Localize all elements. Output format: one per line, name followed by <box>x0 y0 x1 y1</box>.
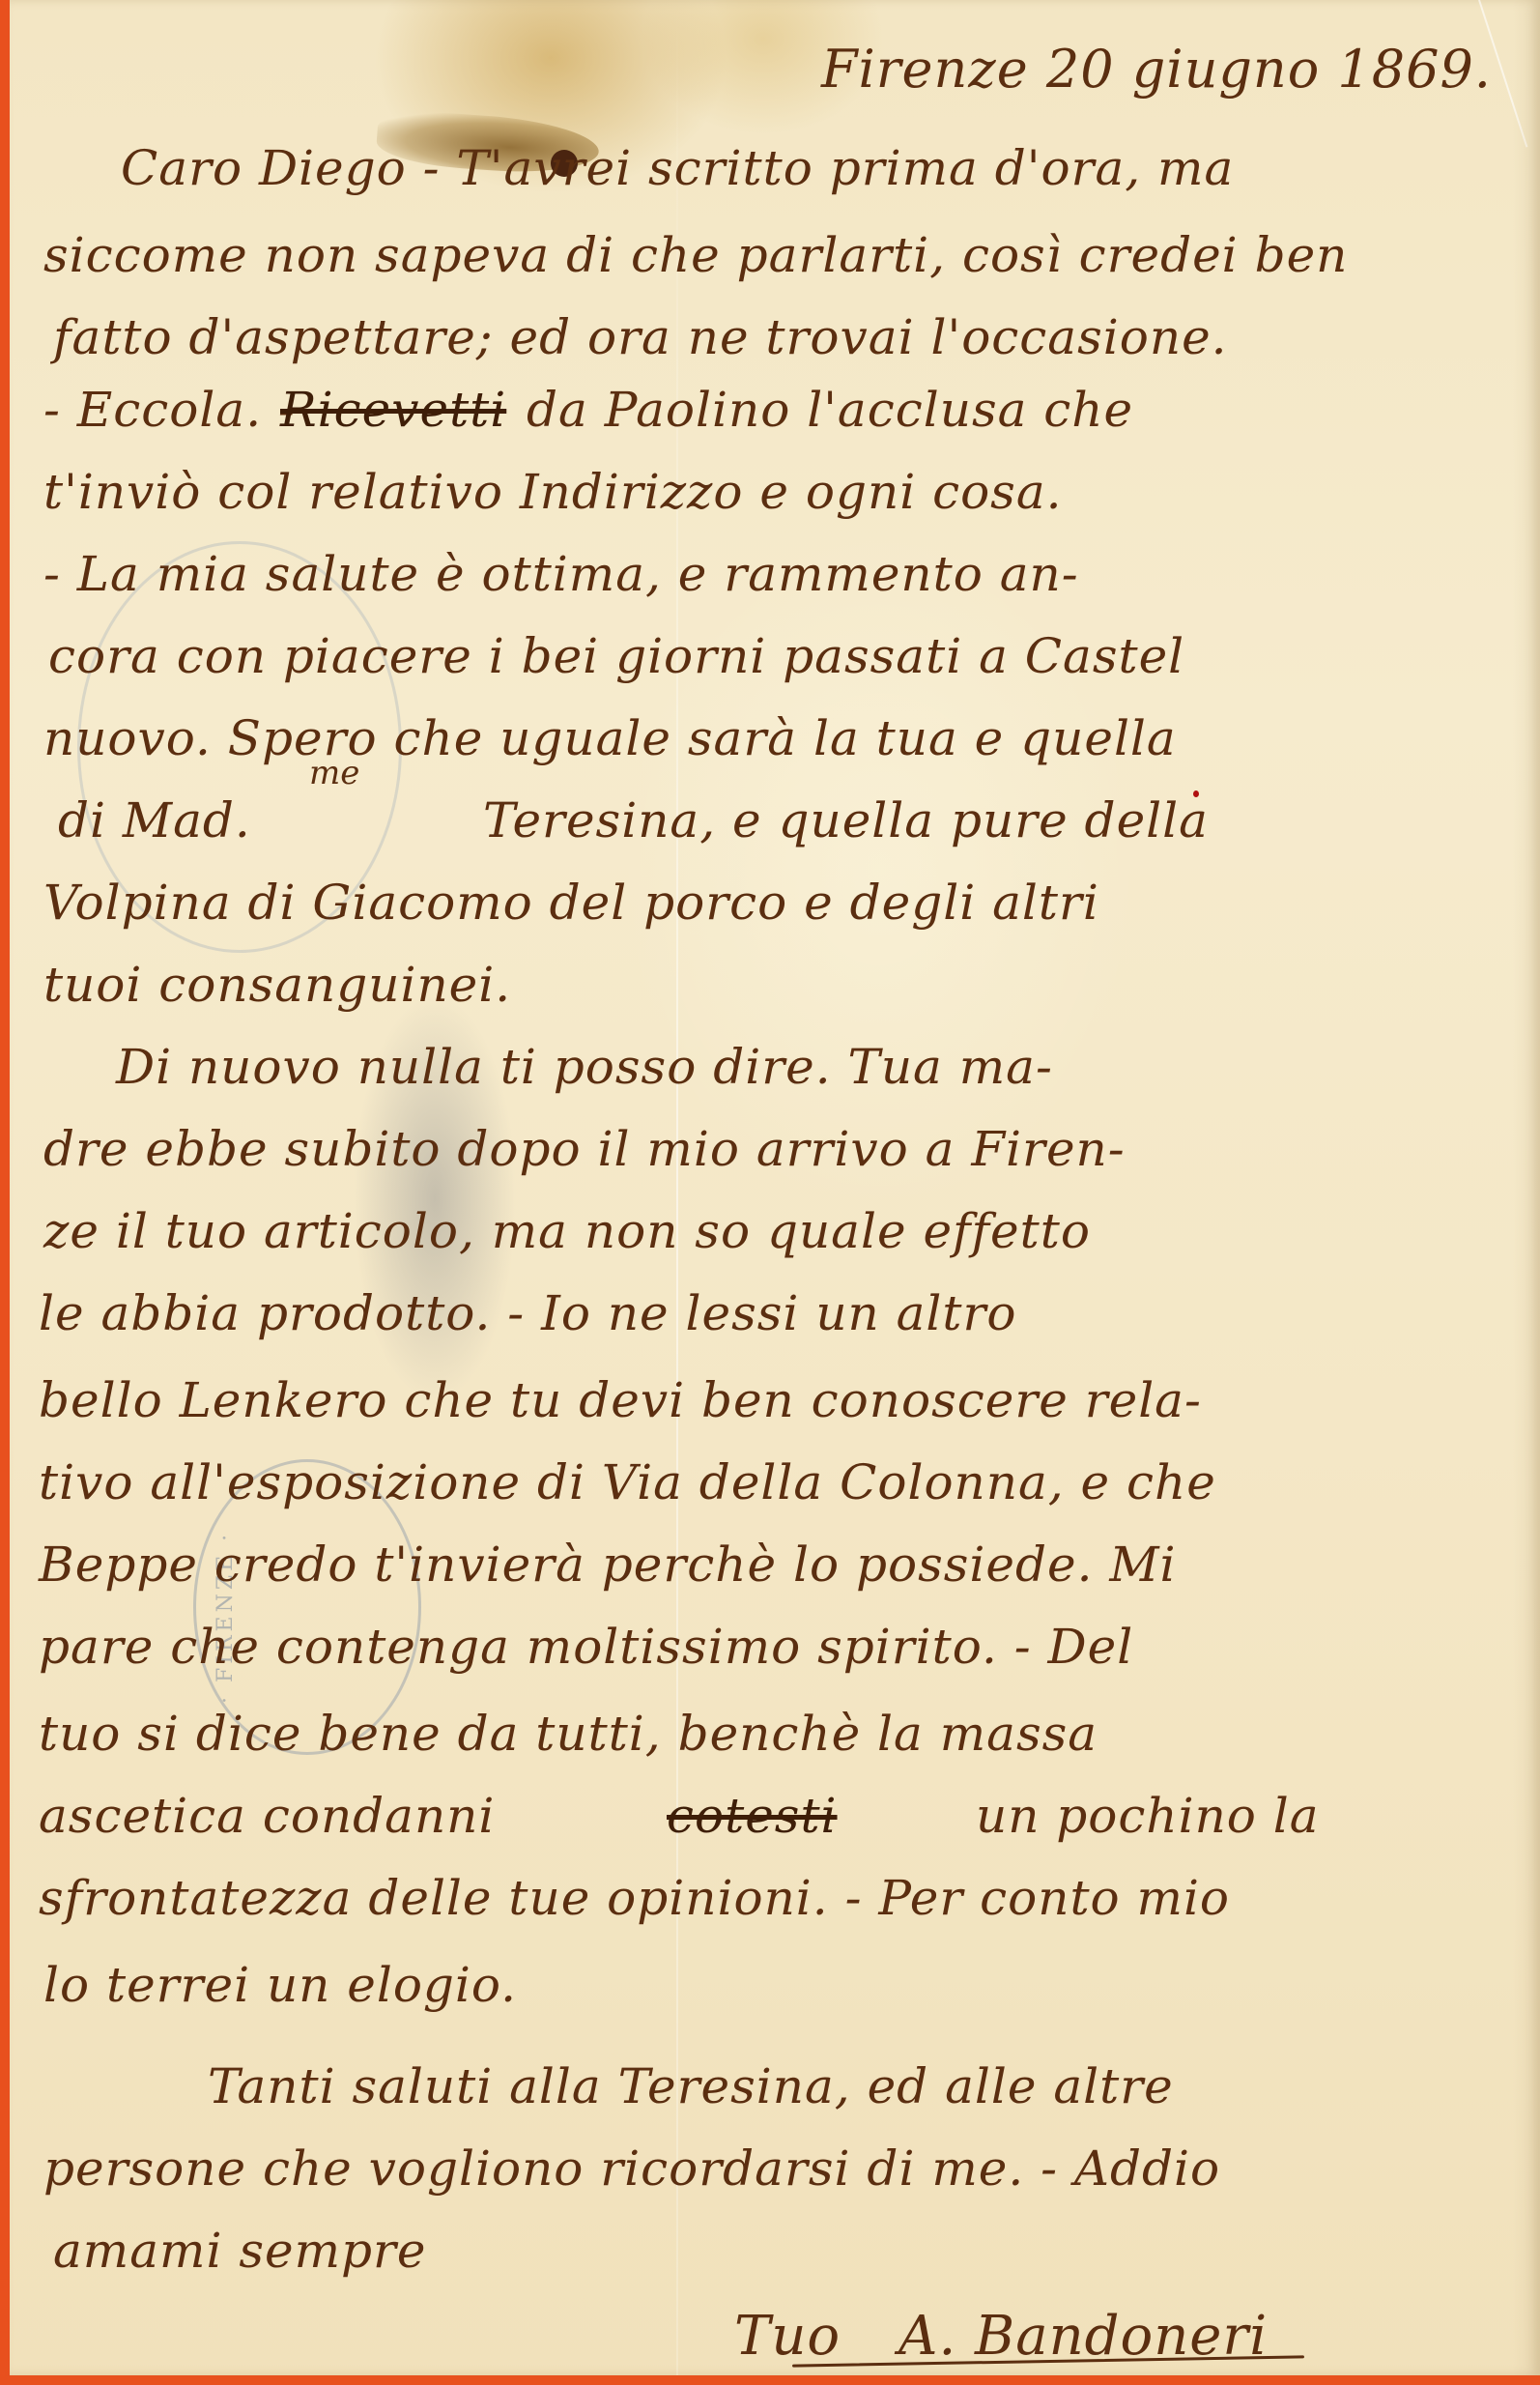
body-line: tuoi consanguinei. <box>43 957 511 1013</box>
struck-word: Ricevetti <box>280 382 506 438</box>
body-line: lo terrei un elogio. <box>43 1957 517 2013</box>
body-line: dre ebbe subito dopo il mio arrivo a Fir… <box>43 1121 1126 1177</box>
body-line: pare che contenga moltissimo spirito. - … <box>39 1619 1133 1675</box>
body-line: le abbia prodotto. - Io ne lessi un altr… <box>39 1285 1017 1341</box>
body-line: Caro Diego - T'avrei scritto prima d'ora… <box>121 140 1234 196</box>
place-date: Firenze 20 giugno 1869. <box>821 39 1492 100</box>
body-line: Teresina, e quella pure della <box>483 792 1209 848</box>
body-line: bello Lenkero che tu devi ben conoscere … <box>39 1372 1202 1428</box>
body-line: un pochino la <box>976 1788 1320 1844</box>
body-line: - La mia salute è ottima, e rammento an- <box>43 546 1079 602</box>
body-line: tuo si dice bene da tutti, benchè la mas… <box>39 1706 1098 1762</box>
body-line: nuovo. Spero che uguale sarà la tua e qu… <box>43 710 1177 766</box>
body-line: di Mad. <box>58 792 251 848</box>
body-line: da Paolino l'acclusa che <box>527 382 1133 438</box>
closing-line: amami sempre <box>53 2223 427 2279</box>
superscript: me <box>309 754 359 792</box>
body-line: Volpina di Giacomo del porco e degli alt… <box>43 875 1099 931</box>
struck-word: cotesti <box>667 1788 838 1844</box>
closing-line: persone che vogliono ricordarsi di me. -… <box>43 2141 1220 2197</box>
body-line: sfrontatezza delle tue opinioni. - Per c… <box>39 1870 1230 1926</box>
closing-line: Tanti saluti alla Teresina, ed alle altr… <box>208 2058 1174 2114</box>
body-line: - Eccola. - <box>43 382 296 438</box>
body-line: fatto d'aspettare; ed ora ne trovai l'oc… <box>53 309 1228 365</box>
body-line: ze il tuo articolo, ma non so quale effe… <box>43 1203 1091 1259</box>
body-line: ascetica condanni <box>39 1788 495 1844</box>
body-line: cora con piacere i bei giorni passati a … <box>48 628 1184 684</box>
body-line: Di nuovo nulla ti posso dire. Tua ma- <box>116 1039 1053 1095</box>
body-line: Beppe credo t'invierà perchè lo possiede… <box>39 1537 1177 1593</box>
letter-text: Firenze 20 giugno 1869. Caro Diego - T'a… <box>0 0 1540 2385</box>
body-line: siccome non sapeva di che parlarti, così… <box>43 227 1348 283</box>
body-line: tivo all'esposizione di Via della Colonn… <box>39 1454 1216 1510</box>
valediction: Tuo <box>734 2305 841 2368</box>
body-line: t'inviò col relativo Indirizzo e ogni co… <box>43 464 1063 520</box>
